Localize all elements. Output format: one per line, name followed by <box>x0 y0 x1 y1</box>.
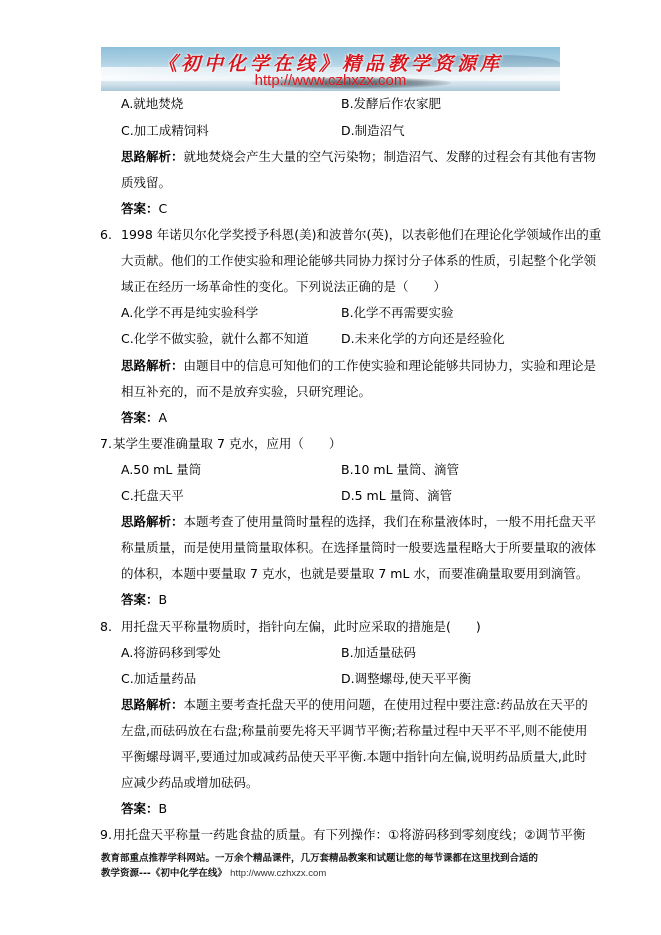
q6-number: 6. <box>100 227 112 243</box>
footer-line-1: 教育部重点推荐学科网站。一万余个精品课件，几万套精品教案和试题让您的每节课都在这… <box>101 853 538 865</box>
answer-label: 答案： <box>121 801 159 816</box>
analysis-label: 思路解析： <box>121 149 184 164</box>
q7-number: 7. <box>100 436 112 452</box>
analysis-text: 就地焚烧会产生大量的空气污染物；制造沼气、发酵的过程会有其他有害物 <box>184 149 597 164</box>
analysis-text: 由题目中的信息可知他们的工作使实验和理论能够共同协力，实验和理论是 <box>184 358 597 373</box>
q5-option-c: C.加工成精饲料 <box>121 123 209 139</box>
analysis-text: 本题考查了使用量筒时量程的选择，我们在称量液体时，一般不用托盘天平 <box>184 514 597 529</box>
q8-stem-line-1: 用托盘天平称量物质时，指针向左偏，此时应采取的措施是( ) <box>121 619 481 635</box>
q8-analysis-line-4: 应减少药品或增加砝码。 <box>121 775 259 791</box>
q9-number: 9. <box>100 827 112 843</box>
answer-label: 答案： <box>121 592 159 607</box>
q6-analysis-line-1: 思路解析：由题目中的信息可知他们的工作使实验和理论能够共同协力，实验和理论是 <box>121 358 596 374</box>
q7-analysis-line-2: 称量质量，而是使用量筒量取体积。在选择量筒时一般要选量程略大于所要量取的液体 <box>121 540 596 556</box>
q6-option-b: B.化学不再需要实验 <box>341 305 454 321</box>
q6-stem-line-3: 域正在经历一场革命性的变化。下列说法正确的是（ ） <box>121 279 446 295</box>
q8-option-d: D.调整螺母,使天平平衡 <box>341 671 471 687</box>
q8-option-b: B.加适量砝码 <box>341 645 416 661</box>
analysis-text: 本题主要考查托盘天平的使用问题，在使用过程中要注意:药品放在天平的 <box>184 697 588 712</box>
q7-analysis-line-1: 思路解析：本题考查了使用量筒时量程的选择，我们在称量液体时，一般不用托盘天平 <box>121 514 596 530</box>
footer-line-2: 教学资源---《初中化学在线》 http://www.czhxzx.com <box>101 868 326 880</box>
q7-analysis-line-3: 的体积，本题中要量取 7 克水，也就是要量取 7 mL 水，而要准确量取要用到滴… <box>121 566 588 582</box>
q9-stem-line-1: 用托盘天平称量一药匙食盐的质量。有下列操作：①将游码移到零刻度线；②调节平衡 <box>113 827 585 843</box>
q7-option-a: A.50 mL 量筒 <box>121 462 201 478</box>
q8-answer: 答案：B <box>121 801 167 817</box>
analysis-label: 思路解析： <box>121 514 184 529</box>
q7-stem-line-1: 某学生要准确量取 7 克水，应用（ ） <box>113 436 341 452</box>
q5-option-d: D.制造沼气 <box>341 123 405 139</box>
footer-url-link[interactable]: http://www.czhxzx.com <box>230 868 326 879</box>
answer-value: B <box>159 801 168 816</box>
banner-url: http://www.czhxzx.com <box>101 72 560 89</box>
q5-option-b: B.发酵后作农家肥 <box>341 96 441 112</box>
q8-analysis-line-1: 思路解析：本题主要考查托盘天平的使用问题，在使用过程中要注意:药品放在天平的 <box>121 697 588 713</box>
q6-option-d: D.未来化学的方向还是经验化 <box>341 331 505 347</box>
q8-option-c: C.加适量药品 <box>121 671 196 687</box>
q5-answer: 答案：C <box>121 201 167 217</box>
q6-option-c: C.化学不做实验，就什么都不知道 <box>121 331 309 347</box>
q5-analysis-line-1: 思路解析：就地焚烧会产生大量的空气污染物；制造沼气、发酵的过程会有其他有害物 <box>121 149 596 165</box>
q7-option-c: C.托盘天平 <box>121 488 184 504</box>
footer-site-name: 教学资源---《初中化学在线》 <box>101 868 227 879</box>
q6-option-a: A.化学不再是纯实验科学 <box>121 305 258 321</box>
document-page: 《初中化学在线》精品教学资源库 http://www.czhxzx.com A.… <box>0 0 661 935</box>
analysis-label: 思路解析： <box>121 358 184 373</box>
q8-option-a: A.将游码移到零处 <box>121 645 221 661</box>
q8-analysis-line-2: 左盘,而砝码放在右盘;称量前要先将天平调节平衡;若称量过程中天平不平,则不能使用 <box>121 723 587 739</box>
q6-analysis-line-2: 相互补充的，而不是放弃实验，只研究理论。 <box>121 384 371 400</box>
answer-value: A <box>159 410 168 425</box>
answer-label: 答案： <box>121 201 159 216</box>
analysis-label: 思路解析： <box>121 697 184 712</box>
q7-option-d: D.5 mL 量筒、滴管 <box>341 488 452 504</box>
q8-analysis-line-3: 平衡螺母调平,要通过加或减药品使天平平衡.本题中指针向左偏,说明药品质量大,此时 <box>121 749 587 765</box>
answer-value: B <box>159 592 168 607</box>
q7-answer: 答案：B <box>121 592 167 608</box>
q6-stem-line-2: 大贡献。他们的工作使实验和理论能够共同协力探讨分子体系的性质，引起整个化学领 <box>121 253 596 269</box>
q5-analysis-line-2: 质残留。 <box>121 175 171 191</box>
q6-stem-line-1: 1998 年诺贝尔化学奖授予科恩(美)和波普尔(英)，以表彰他们在理论化学领域作… <box>121 227 601 243</box>
q8-number: 8. <box>100 619 112 635</box>
answer-value: C <box>159 201 168 216</box>
q5-option-a: A.就地焚烧 <box>121 96 183 112</box>
answer-label: 答案： <box>121 410 159 425</box>
header-banner: 《初中化学在线》精品教学资源库 http://www.czhxzx.com <box>101 47 560 91</box>
q7-option-b: B.10 mL 量筒、滴管 <box>341 462 459 478</box>
q6-answer: 答案：A <box>121 410 167 426</box>
